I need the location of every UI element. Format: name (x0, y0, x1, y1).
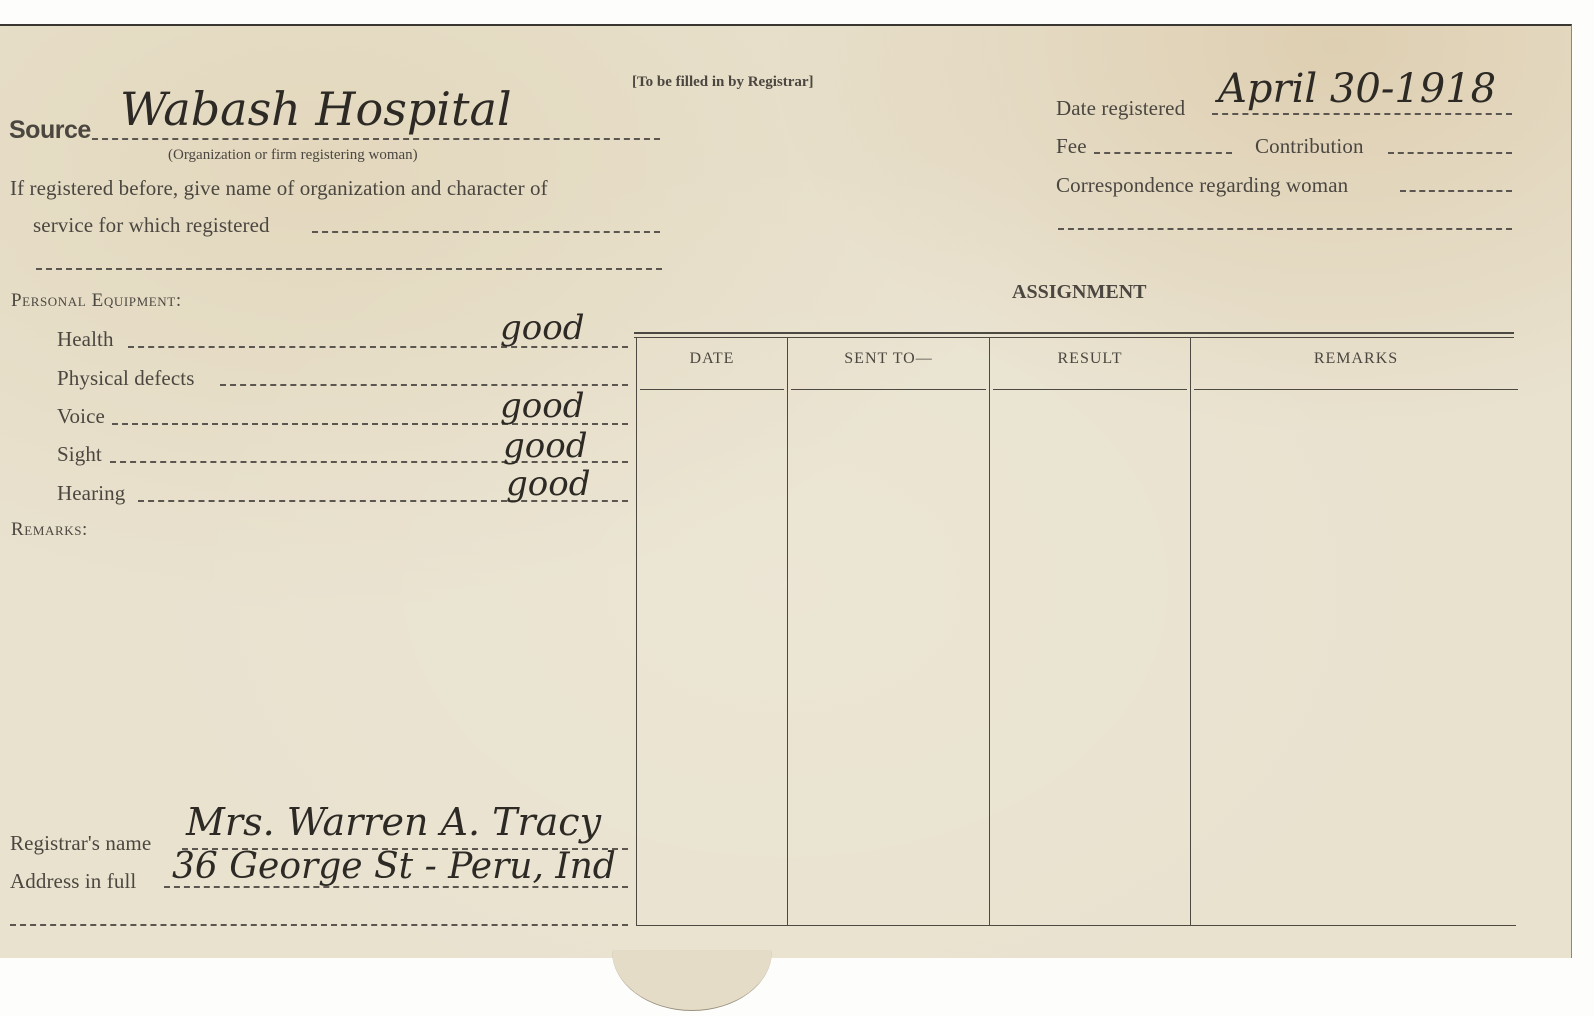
table-top-rule (634, 332, 1514, 334)
column-header-remarks: REMARKS (1191, 350, 1521, 368)
header-underline-remarks (1194, 389, 1518, 390)
voice-label: Voice (57, 404, 105, 429)
column-header-result: RESULT (990, 350, 1190, 368)
source-field[interactable]: Wabash Hospital (120, 82, 512, 136)
column-header-sent-to: SENT TO— (788, 350, 989, 368)
prior-registration-label: If registered before, give name of organ… (10, 176, 548, 201)
sight-label: Sight (57, 442, 102, 467)
table-bottom-rule (636, 925, 1516, 926)
address-label: Address in full (10, 869, 136, 894)
hearing-label: Hearing (57, 481, 125, 506)
fee-label: Fee (1056, 134, 1087, 159)
header-note: [To be filled in by Registrar] (632, 74, 814, 91)
personal-equipment-heading: Personal Equipment: (11, 290, 182, 312)
column-header-date: DATE (637, 350, 787, 368)
health-label: Health (57, 327, 114, 352)
date-registered-field[interactable]: April 30-1918 (1218, 66, 1496, 112)
address-field-2[interactable] (10, 924, 628, 926)
source-label: Source (9, 116, 91, 145)
registrar-name-field[interactable]: Mrs. Warren A. Tracy (186, 800, 601, 844)
contribution-label: Contribution (1255, 134, 1364, 159)
card-index-tab (612, 950, 772, 1011)
prior-registration-label-2: service for which registered (33, 213, 270, 238)
physical-defects-label: Physical defects (57, 366, 194, 391)
contribution-field[interactable] (1388, 152, 1512, 154)
prior-registration-field-2[interactable] (36, 268, 662, 270)
source-caption: (Organization or firm registering woman) (168, 147, 418, 164)
assignment-date-cell[interactable] (637, 391, 787, 925)
registrar-name-label: Registrar's name (10, 831, 151, 856)
header-underline-date (640, 389, 784, 390)
date-registered-label: Date registered (1056, 96, 1185, 121)
correspondence-field[interactable] (1400, 190, 1512, 192)
health-field[interactable]: good (500, 308, 584, 348)
source-line (92, 138, 660, 140)
date-registered-line (1212, 113, 1512, 115)
prior-registration-field[interactable] (312, 231, 660, 233)
assignment-sent-to-cell[interactable] (788, 391, 989, 925)
assignment-result-cell[interactable] (990, 391, 1190, 925)
header-underline-sent-to (791, 389, 986, 390)
correspondence-label: Correspondence regarding woman (1056, 173, 1348, 198)
assignment-title: ASSIGNMENT (1012, 281, 1146, 304)
remarks-heading: Remarks: (11, 519, 88, 541)
sight-field[interactable]: good (503, 426, 587, 466)
fee-field[interactable] (1094, 152, 1232, 154)
hearing-field[interactable]: good (506, 464, 590, 504)
correspondence-field-2[interactable] (1058, 228, 1512, 230)
header-underline-result (993, 389, 1187, 390)
table-top-rule-2 (634, 337, 1514, 338)
assignment-remarks-cell[interactable] (1191, 391, 1516, 925)
address-field[interactable]: 36 George St - Peru, Ind (172, 846, 616, 887)
voice-field[interactable]: good (500, 386, 584, 426)
remarks-field[interactable] (11, 550, 621, 810)
